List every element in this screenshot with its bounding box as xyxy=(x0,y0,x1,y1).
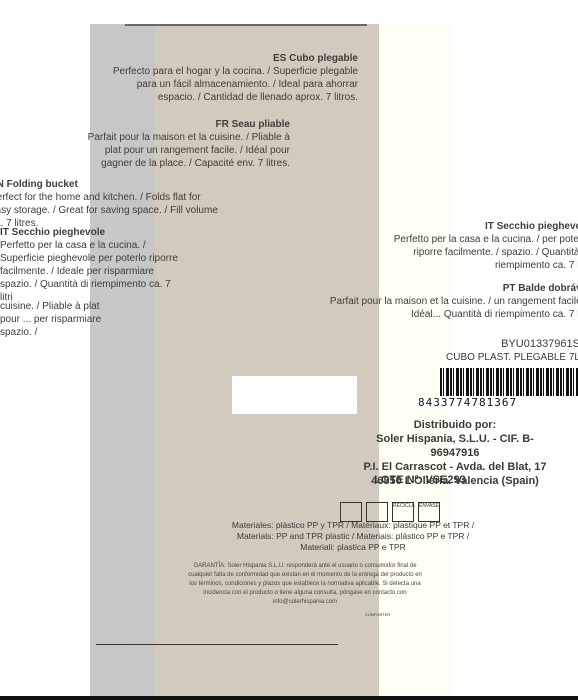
text-block-pt: PT Balde dobrável Parfait pour la maison… xyxy=(300,282,578,321)
distributor-company: Soler Hispania, S.L.U. - CIF. B-96947916 xyxy=(360,432,550,460)
heading-fr: FR Seau pliable xyxy=(80,118,290,131)
body-es: Perfecto para el hogar y la cocina. / Su… xyxy=(108,65,358,104)
text-block-fr-fragment: cuisine. / Pliable à plat pour ... per r… xyxy=(0,300,110,339)
recycle-container-icon xyxy=(340,502,362,522)
bottom-rule xyxy=(96,644,338,645)
heading-en: EN Folding bucket xyxy=(0,178,220,191)
materials-text: Materiales: plástico PP y TPR / Matériau… xyxy=(228,520,478,553)
body-pt: Parfait pour la maison et la cuisine. / … xyxy=(300,295,578,321)
recycling-icons: RECICLA ENVASE xyxy=(340,492,450,522)
heading-pt: PT Balde dobrável xyxy=(300,282,578,295)
heading-es: ES Cubo plegable xyxy=(108,52,358,65)
recycle-bin-icon xyxy=(366,502,388,522)
body-it-left: Perfetto per la casa e la cucina. / Supe… xyxy=(0,239,180,304)
cert-mark: CONFORTER xyxy=(365,612,390,617)
heading-it-left: IT Secchio pieghevole xyxy=(0,226,180,239)
blank-white-box xyxy=(232,376,357,414)
warranty-text: GARANTÍA: Soler Hispania S.L.U. responde… xyxy=(188,563,422,596)
body-en: Perfect for the home and kitchen. / Fold… xyxy=(0,191,220,230)
contact-email: info@solerhispania.com xyxy=(185,598,425,607)
warranty-block: GARANTÍA: Soler Hispania S.L.U. responde… xyxy=(185,562,425,607)
text-block-es: ES Cubo plegable Perfecto para el hogar … xyxy=(108,52,358,104)
product-sku: BYU01337961S xyxy=(420,338,578,350)
body-it-right: Perfetto per la casa e la cucina. / per … xyxy=(370,233,578,272)
distributor-address: P.I. El Carrascot - Avda. del Blat, 17 xyxy=(360,460,550,474)
recycle-symbol-icon: RECICLA xyxy=(392,502,414,522)
text-block-fr: FR Seau pliable Parfait pour la maison e… xyxy=(80,118,290,170)
text-block-it-right: IT Secchio pieghevole Perfetto per la ca… xyxy=(370,220,578,272)
product-name: CUBO PLAST. PLEGABLE 7L xyxy=(420,352,578,363)
heading-it-right: IT Secchio pieghevole xyxy=(370,220,578,233)
text-block-en: EN Folding bucket Perfect for the home a… xyxy=(0,178,220,230)
barcode-number: 8433774781367 xyxy=(418,396,558,409)
lot-number: LOTE Nº: VSE293 xyxy=(360,474,480,486)
top-rule xyxy=(125,24,367,26)
barcode-icon xyxy=(440,368,578,396)
body-fr-fragment: cuisine. / Pliable à plat pour ... per r… xyxy=(0,300,110,339)
distributor-heading: Distribuido por: xyxy=(360,418,550,432)
recycle-pp-icon: ENVASE xyxy=(418,502,440,522)
body-fr: Parfait pour la maison et la cuisine. / … xyxy=(80,131,290,170)
text-block-it-left: IT Secchio pieghevole Perfetto per la ca… xyxy=(0,226,180,304)
bottom-bar xyxy=(0,696,578,700)
